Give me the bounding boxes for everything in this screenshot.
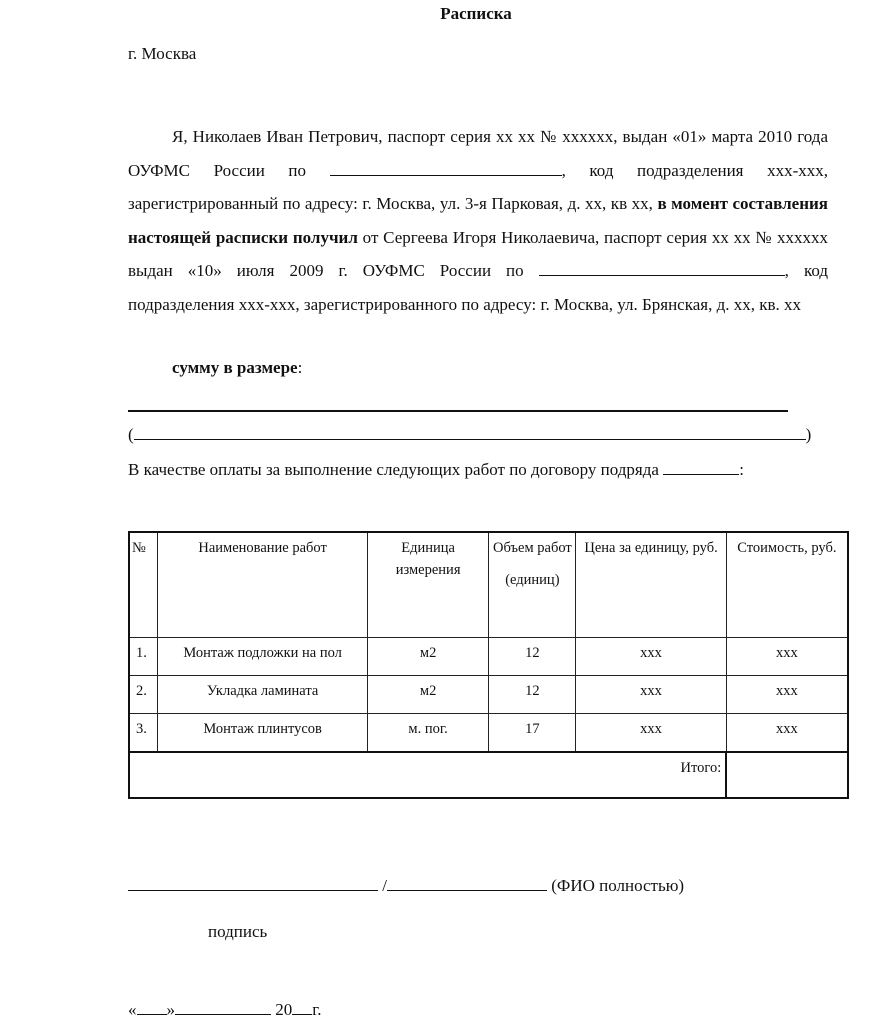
total-value[interactable] [726, 752, 848, 798]
sum-amount-field[interactable] [128, 410, 788, 412]
sum-in-words-blank[interactable] [134, 424, 806, 440]
header-unit-price: Цена за единицу, руб. [576, 532, 726, 638]
document-title: Расписка [0, 4, 890, 24]
city: г. Москва [128, 44, 196, 64]
full-name-field[interactable] [387, 876, 547, 891]
date-line: «» 20г. [128, 1000, 322, 1020]
table-row: 3. Монтаж плинтусов м. пог. 17 xxx xxx [129, 714, 848, 753]
header-cost: Стоимость, руб. [726, 532, 848, 638]
sum-in-words-field[interactable]: () [128, 424, 818, 445]
sum-label: сумму в размере: [172, 358, 302, 378]
table-header-row: № Наименование работ Единица измерения О… [129, 532, 848, 638]
signature-field[interactable] [128, 876, 378, 891]
signature-line: / (ФИО полностью) [128, 876, 684, 896]
payment-purpose: В качестве оплаты за выполнение следующи… [128, 460, 744, 480]
month-field[interactable] [175, 1000, 271, 1015]
receipt-body: Я, Николаев Иван Петрович, паспорт серия… [128, 120, 828, 321]
table-row: 2. Укладка ламината м2 12 xxx xxx [129, 676, 848, 714]
header-quantity: Объем работ(единиц) [489, 532, 576, 638]
total-label: Итого: [129, 752, 726, 798]
day-field[interactable] [137, 1000, 167, 1015]
works-table: № Наименование работ Единица измерения О… [128, 531, 849, 799]
year-field[interactable] [292, 1000, 312, 1015]
contract-number-field[interactable] [663, 460, 739, 475]
signature-caption: подпись [208, 922, 267, 942]
header-number: № [129, 532, 158, 638]
header-work-name: Наименование работ [158, 532, 367, 638]
table-row: 1. Монтаж подложки на пол м2 12 xxx xxx [129, 638, 848, 676]
header-unit: Единица измерения [367, 532, 489, 638]
issuer-blank-field[interactable] [330, 161, 562, 176]
table-total-row: Итого: [129, 752, 848, 798]
issuer-blank-field-2[interactable] [539, 261, 785, 276]
